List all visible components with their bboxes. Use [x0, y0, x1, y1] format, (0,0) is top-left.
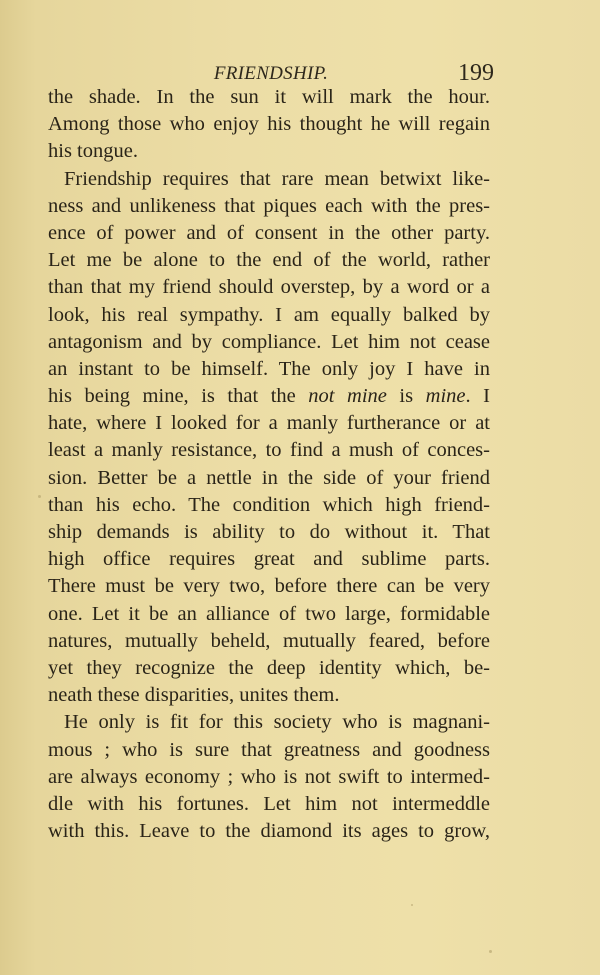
body-text: the shade. In the sun it will mark the h…: [48, 84, 490, 845]
book-page: FRIENDSHIP. 199 the shade. In the sun it…: [0, 0, 600, 975]
text-line: neath these disparities, unites them.: [48, 682, 490, 709]
italic-emphasis: not mine: [308, 385, 387, 407]
text-line: There must be very two, before there can…: [48, 573, 490, 600]
text-line: with this. Leave to the diamond its ages…: [48, 818, 490, 845]
text-line: natures, mutually beheld, mutually feare…: [48, 628, 490, 655]
text-line: Let me be alone to the end of the world,…: [48, 247, 490, 274]
text-line: Among those who enjoy his thought he wil…: [48, 111, 490, 138]
text-line: high office requires great and sublime p…: [48, 546, 490, 573]
text-line: dle with his fortunes. Let him not inter…: [48, 791, 490, 818]
text-line: ence of power and of consent in the othe…: [48, 220, 490, 247]
text-line: than his echo. The condition which high …: [48, 492, 490, 519]
text-line: than that my friend should overstep, by …: [48, 274, 490, 301]
text-line: mous ; who is sure that greatness and go…: [48, 737, 490, 764]
text-line: sion. Better be a nettle in the side of …: [48, 465, 490, 492]
text-line: hate, where I looked for a manly further…: [48, 410, 490, 437]
text-line: yet they recognize the deep identity whi…: [48, 655, 490, 682]
paper-speck: [38, 495, 41, 498]
paper-speck: [411, 904, 413, 906]
text-line: least a manly resistance, to find a mush…: [48, 437, 490, 464]
text-line: one. Let it be an alliance of two large,…: [48, 601, 490, 628]
paragraph-start-line: Friendship requires that rare mean betwi…: [48, 166, 490, 193]
running-title: FRIENDSHIP.: [48, 63, 494, 85]
page-number: 199: [458, 60, 494, 87]
text-line: ness and unlikeness that piques each wit…: [48, 193, 490, 220]
text-segment: his being mine, is that the: [48, 385, 308, 407]
text-line: an instant to be himself. The only joy I…: [48, 356, 490, 383]
text-line: his tongue.: [48, 138, 490, 165]
text-line: the shade. In the sun it will mark the h…: [48, 84, 490, 111]
text-line: look, his real sympathy. I am equally ba…: [48, 302, 490, 329]
text-segment: . I: [466, 385, 491, 407]
text-segment: is: [387, 385, 426, 407]
text-line: ship demands is ability to do without it…: [48, 519, 490, 546]
text-line: antagonism and by compliance. Let him no…: [48, 329, 490, 356]
paper-speck: [489, 950, 492, 953]
paragraph-start-line: He only is fit for this society who is m…: [48, 709, 490, 736]
italic-emphasis: mine: [426, 385, 466, 407]
text-line-with-italics: his being mine, is that the not mine is …: [48, 383, 490, 410]
text-line: are always economy ; who is not swift to…: [48, 764, 490, 791]
